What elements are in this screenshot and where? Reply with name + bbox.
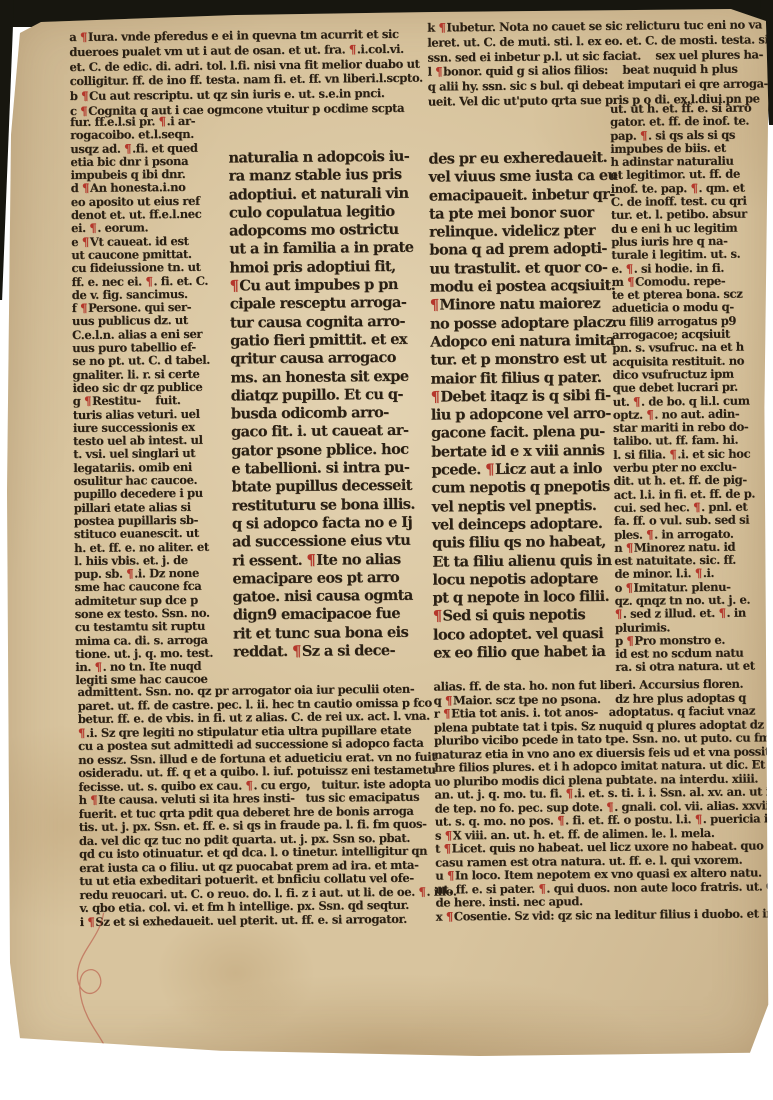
gloss-block-top-left: a ¶Iura. vnde pferedus e ei in quevna tm… <box>69 27 422 119</box>
text-line: emacipare eos pt arro <box>232 568 428 588</box>
rubric-pilcrow: ¶ <box>438 20 446 34</box>
text-line: ut a in familia a in prate <box>229 239 425 259</box>
main-text-column-right: des pr eu exheredaueit.vel viuus sme ius… <box>428 149 623 663</box>
rubric-pilcrow: ¶ <box>625 580 633 594</box>
rubric-pilcrow: ¶ <box>433 608 443 625</box>
gloss-block-bottom-right: alias. ff. de sta. ho. non fut liberi. A… <box>433 677 773 923</box>
text-line: emacipaueit. inbetur qr- <box>429 185 619 205</box>
text-line: ¶Cu aut impubes p pn <box>230 276 426 296</box>
rubric-pilcrow: ¶ <box>230 277 240 294</box>
text-line: liu p adopcone vel arro- <box>431 405 621 425</box>
text-line: bona q ad prem adopti- <box>429 240 619 260</box>
text-line: quis filiu qs no habeat, <box>432 533 622 553</box>
rubric-pilcrow: ¶ <box>695 566 703 580</box>
rubric-pilcrow: ¶ <box>445 693 453 707</box>
rubric-pilcrow: ¶ <box>430 297 440 314</box>
text-line: ra. si otra natura. ut et <box>615 660 773 675</box>
rubric-pilcrow: ¶ <box>444 841 452 855</box>
rubric-pilcrow: ¶ <box>443 706 451 720</box>
rubric-pilcrow: ¶ <box>615 607 623 621</box>
text-line: gatio fieri pmittit. et ex <box>230 331 426 351</box>
rubric-pilcrow: ¶ <box>84 394 92 408</box>
rubric-pilcrow: ¶ <box>81 89 89 103</box>
main-text-column-center: naturalia n adopcois iu-ra manz stable i… <box>228 148 429 662</box>
text-line: tur. et p monstro est ut <box>430 350 620 370</box>
rubric-pilcrow: ¶ <box>447 868 455 882</box>
rubric-pilcrow: ¶ <box>82 235 90 249</box>
text-line: maior fit filius q pater. <box>430 368 620 388</box>
text-line: ms. an honesta sit expe <box>230 367 426 387</box>
gloss-column-left: fur. ff.e.l.si pr. ¶.i ar-rogacoibo. et.… <box>70 115 221 688</box>
rubric-pilcrow: ¶ <box>78 725 86 739</box>
text-line: gacone facit. plena pu- <box>431 423 621 443</box>
text-line: naturalia n adopcois iu- <box>228 148 424 168</box>
text-line: cipale resceptu arroga- <box>230 294 426 314</box>
text-line: pcede. ¶Licz aut a inlo <box>431 460 621 480</box>
text-line: tur causa cognita arro- <box>230 312 426 332</box>
text-line: x ¶Cosentie. Sz vid: qz sic na leditur f… <box>436 907 773 924</box>
printed-page-surface: a ¶Iura. vnde pferedus e ei in quevna tm… <box>3 5 773 1060</box>
rubric-pilcrow: ¶ <box>306 551 316 568</box>
text-line: restituturu se bona illis. <box>232 495 428 515</box>
text-line: rit et tunc sua bona eis <box>233 623 429 643</box>
rubric-pilcrow: ¶ <box>633 394 641 408</box>
rubric-pilcrow: ¶ <box>695 812 703 826</box>
rubric-pilcrow: ¶ <box>95 660 103 674</box>
rubric-pilcrow: ¶ <box>557 813 565 827</box>
rubric-pilcrow: ¶ <box>124 141 132 155</box>
rubric-pilcrow: ¶ <box>349 42 357 56</box>
rubric-pilcrow: ¶ <box>485 461 495 478</box>
text-line: relinque. videlicz pter <box>429 222 619 242</box>
text-line: locu nepotis adoptare <box>432 570 622 590</box>
text-line: btate pupillus decesseit <box>231 477 427 497</box>
text-line: ¶Debet itaqz is q sibi fi- <box>431 387 621 407</box>
text-line: Adopco eni natura imita <box>430 332 620 352</box>
rubric-pilcrow: ¶ <box>145 274 153 288</box>
rubric-pilcrow: ¶ <box>245 778 253 792</box>
text-line: gator psone pblice. hoc <box>231 440 427 460</box>
gloss-block-bottom-left: admittent. Ssn. no. qz pr arrogator oia … <box>77 683 427 929</box>
rubric-pilcrow: ¶ <box>446 909 454 923</box>
text-line: ¶Minore natu maiorez <box>430 295 620 315</box>
text-line: bertate id e x viii annis <box>431 442 621 462</box>
rubric-pilcrow: ¶ <box>626 261 634 275</box>
text-line: dign9 emacipacoe fue <box>233 605 429 625</box>
rubric-pilcrow: ¶ <box>538 881 546 895</box>
rubric-pilcrow: ¶ <box>292 643 302 660</box>
rubric-pilcrow: ¶ <box>627 274 635 288</box>
text-line: ¶Sed si quis nepotis <box>433 606 623 626</box>
text-line: vel deinceps adoptare. <box>432 515 622 535</box>
rubric-pilcrow: ¶ <box>418 884 426 898</box>
text-line: busda odicomb arro- <box>231 404 427 424</box>
gloss-column-far-right: ut. ut h. et. ff. e. si arrogator. et. f… <box>610 101 773 674</box>
rubric-pilcrow: ¶ <box>646 407 654 421</box>
text-line: no posse adoptare placz. <box>430 313 620 333</box>
text-line: pt q nepote in loco filii. <box>433 588 623 608</box>
manuscript-leaf: a ¶Iura. vnde pferedus e ei in quevna tm… <box>7 9 769 1057</box>
rubric-pilcrow: ¶ <box>80 30 88 44</box>
text-line: des pr eu exheredaueit. <box>428 149 618 169</box>
text-line: qritur causa arrogaco <box>230 349 426 369</box>
text-line: Et ta filiu alienu quis in <box>432 551 622 571</box>
text-line: gaco fit. i. ut caueat ar- <box>231 422 427 442</box>
rubric-pilcrow: ¶ <box>690 181 698 195</box>
text-line: ri essent. ¶Ite no alias <box>232 550 428 570</box>
rubric-pilcrow: ¶ <box>566 786 574 800</box>
text-line: cum nepotis q pnepotis <box>431 478 621 498</box>
red-ink-flourish <box>52 906 143 1057</box>
rubric-pilcrow: ¶ <box>126 567 134 581</box>
rubric-pilcrow: ¶ <box>431 388 441 405</box>
text-line: uu trastulit. et quor co- <box>429 259 619 279</box>
text-line: q si adopco facta no e Ij <box>232 514 428 534</box>
text-line: vel viuus sme iusta ca eu <box>429 167 619 187</box>
rubric-pilcrow: ¶ <box>640 128 648 142</box>
text-line: diatqz pupillo. Et cu q- <box>231 385 427 405</box>
text-line: ra manz stable ius pris <box>228 166 424 186</box>
text-line: modu ei postea acqsiuit. <box>430 277 620 297</box>
rubric-pilcrow: ¶ <box>82 181 90 195</box>
text-line: ad successione eius vtu <box>232 532 428 552</box>
text-line: vel neptis vel pneptis. <box>432 496 622 516</box>
gloss-block-top-right: k ¶Iubetur. Nota no cauet se sic relictu… <box>427 17 772 109</box>
text-line: e tabellioni. si intra pu- <box>231 459 427 479</box>
rubric-pilcrow: ¶ <box>445 828 453 842</box>
text-line: culo copulatua legitio <box>229 203 425 223</box>
rubric-pilcrow: ¶ <box>646 527 654 541</box>
text-line: hmoi pris adoptiui fit, <box>229 257 425 277</box>
rubric-pilcrow: ¶ <box>435 65 443 79</box>
text-line: ex eo filio que habet ia <box>433 643 623 663</box>
rubric-pilcrow: ¶ <box>718 606 726 620</box>
rubric-pilcrow: ¶ <box>89 221 97 235</box>
text-line: gatoe. nisi causa ogmta <box>233 587 429 607</box>
rubric-pilcrow: ¶ <box>626 634 634 648</box>
text-line: reddat. ¶Sz a si dece- <box>233 642 429 662</box>
text-line: adoptiui. et naturali vin <box>229 184 425 204</box>
rubric-pilcrow: ¶ <box>90 793 98 807</box>
text-line: ta pte mei bonor suor <box>429 204 619 224</box>
rubric-pilcrow: ¶ <box>159 114 167 128</box>
rubric-pilcrow: ¶ <box>606 799 614 813</box>
rubric-pilcrow: ¶ <box>669 447 677 461</box>
text-line: adopcoms mo ostrictu <box>229 221 425 241</box>
text-line: loco adoptet. vel quasi <box>433 624 623 644</box>
rubric-pilcrow: ¶ <box>693 500 701 514</box>
rubric-pilcrow: ¶ <box>80 301 88 315</box>
rubric-pilcrow: ¶ <box>626 540 634 554</box>
